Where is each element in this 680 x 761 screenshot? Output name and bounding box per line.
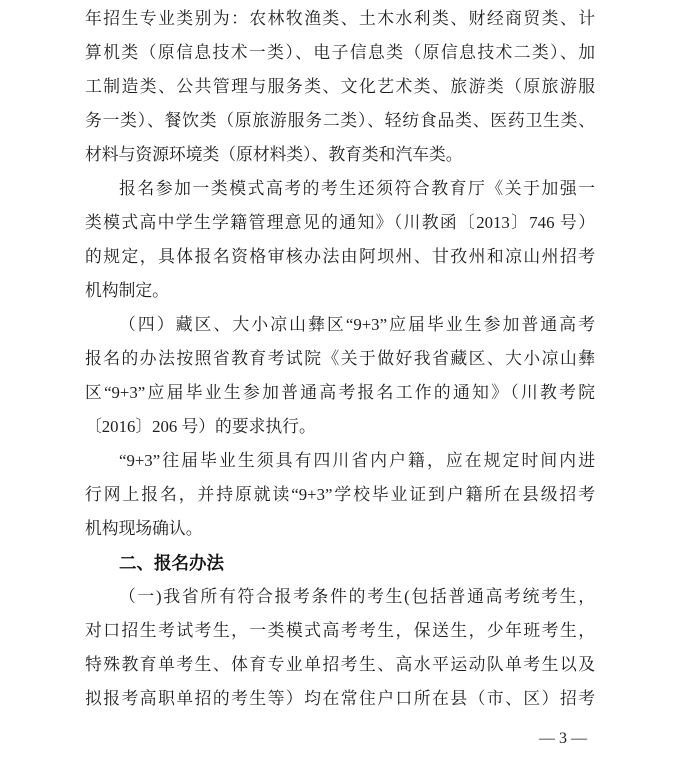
text-line: 的规定，具体报名资格审核办法由阿坝州、甘孜州和凉山州招考 [85, 240, 595, 274]
text-line: 特殊教育单考生、体育专业单招考生、高水平运动队单考生以及 [85, 648, 595, 682]
text-line: 报名参加一类模式高考的考生还须符合教育厅《关于加强一 [85, 172, 595, 206]
text-line: 机构制定。 [85, 274, 595, 308]
text-line: （四）藏区、大小凉山彝区“9+3”应届毕业生参加普通高考 [85, 308, 595, 342]
text-line: 行网上报名，并持原就读“9+3”学校毕业证到户籍所在县级招考 [85, 478, 595, 512]
text-line: 区“9+3”应届毕业生参加普通高考报名工作的通知》（川教考院 [85, 376, 595, 410]
text-line: 年招生专业类别为：农林牧渔类、土木水利类、财经商贸类、计 [85, 2, 595, 36]
document-body: 年招生专业类别为：农林牧渔类、土木水利类、财经商贸类、计算机类（原信息技术一类）… [85, 2, 595, 716]
text-line: 对口招生考试考生，一类模式高考考生，保送生，少年班考生， [85, 614, 595, 648]
text-line: 拟报考高职单招的考生等）均在常住户口所在县（市、区）招考 [85, 682, 595, 716]
section-heading: 二、报名办法 [85, 546, 595, 580]
text-line: 〔2016〕206 号）的要求执行。 [85, 410, 595, 444]
text-line: “9+3”往届毕业生须具有四川省内户籍，应在规定时间内进 [85, 444, 595, 478]
text-line: 机构现场确认。 [85, 512, 595, 546]
text-line: 务一类）、餐饮类（原旅游服务二类）、轻纺食品类、医药卫生类、 [85, 104, 595, 138]
document-page: 年招生专业类别为：农林牧渔类、土木水利类、财经商贸类、计算机类（原信息技术一类）… [0, 0, 680, 761]
text-line: 算机类（原信息技术一类）、电子信息类（原信息技术二类）、加 [85, 36, 595, 70]
text-line: 材料与资源环境类（原材料类）、教育类和汽车类。 [85, 138, 595, 172]
text-line: （一)我省所有符合报考条件的考生(包括普通高考统考生， [85, 580, 595, 614]
text-line: 报名的办法按照省教育考试院《关于做好我省藏区、大小凉山彝 [85, 342, 595, 376]
text-line: 工制造类、公共管理与服务类、文化艺术类、旅游类（原旅游服 [85, 70, 595, 104]
text-line: 类模式高中学生学籍管理意见的通知》（川教函〔2013〕746 号） [85, 206, 595, 240]
page-number: — 3 — [85, 726, 595, 752]
